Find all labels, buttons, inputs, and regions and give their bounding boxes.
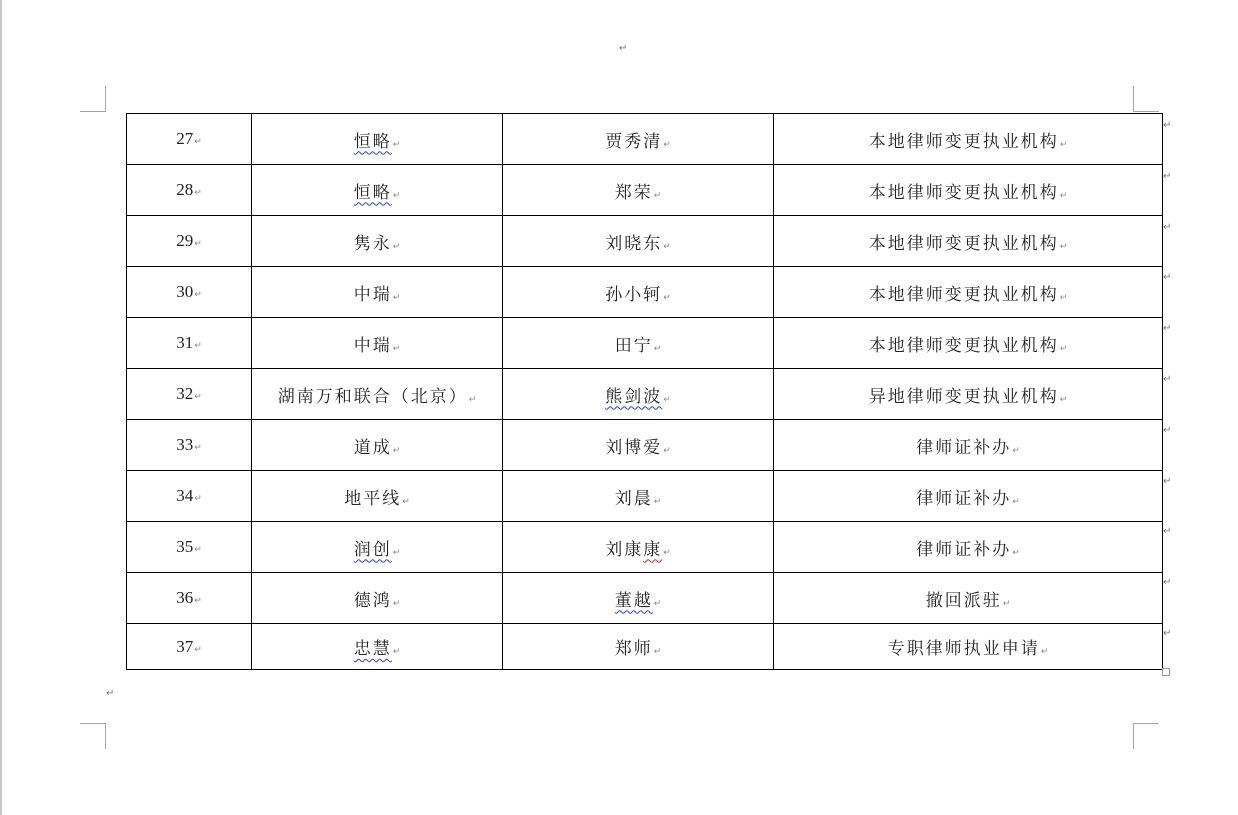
name-text: 郑荣 <box>615 183 653 203</box>
name-text: 田宁 <box>615 336 653 356</box>
num-text: 28 <box>176 180 193 199</box>
cell-end-mark-icon: ↵ <box>194 392 202 402</box>
row-end-mark-icon: ↵ <box>1163 272 1171 283</box>
cell-matter[interactable]: 本地律师变更执业机构↵ <box>774 216 1163 267</box>
cell-end-mark-icon: ↵ <box>663 548 671 558</box>
cell-end-mark-icon: ↵ <box>654 497 662 507</box>
table-resize-handle[interactable] <box>1162 668 1170 676</box>
cell-firm[interactable]: 地平线↵ <box>252 471 503 522</box>
cell-num[interactable]: 34↵ <box>127 471 252 522</box>
cell-end-mark-icon: ↵ <box>1060 395 1068 405</box>
cell-end-mark-icon: ↵ <box>1060 242 1068 252</box>
cell-end-mark-icon: ↵ <box>393 140 401 150</box>
table-row: 28↵恒略↵郑荣↵本地律师变更执业机构↵ <box>127 165 1163 216</box>
matter-text: 本地律师变更执业机构 <box>869 285 1059 305</box>
firm-text: 中瑞 <box>354 285 392 305</box>
paragraph-mark-icon: ↵ <box>106 689 114 699</box>
cell-end-mark-icon: ↵ <box>393 344 401 354</box>
cell-end-mark-icon: ↵ <box>654 344 662 354</box>
cell-firm[interactable]: 润创↵ <box>252 522 503 573</box>
cell-end-mark-icon: ↵ <box>393 293 401 303</box>
cell-firm[interactable]: 中瑞↵ <box>252 318 503 369</box>
table-row: 29↵隽永↵刘晓东↵本地律师变更执业机构↵ <box>127 216 1163 267</box>
name-text: 郑师 <box>615 639 653 659</box>
name-text: 贾秀清 <box>605 132 662 152</box>
margin-corner-top-right <box>1133 86 1159 112</box>
num-text: 35 <box>176 537 193 556</box>
matter-text: 本地律师变更执业机构 <box>869 132 1059 152</box>
cell-end-mark-icon: ↵ <box>393 446 401 456</box>
row-end-mark-icon: ↵ <box>1163 171 1171 182</box>
cell-firm[interactable]: 中瑞↵ <box>252 267 503 318</box>
cell-name[interactable]: 郑荣↵ <box>503 165 774 216</box>
cell-end-mark-icon: ↵ <box>663 140 671 150</box>
name-text: 董越 <box>615 591 653 611</box>
cell-matter[interactable]: 本地律师变更执业机构↵ <box>774 267 1163 318</box>
row-end-mark-icon: ↵ <box>1163 628 1171 639</box>
cell-end-mark-icon: ↵ <box>663 395 671 405</box>
cell-end-mark-icon: ↵ <box>1060 293 1068 303</box>
cell-num[interactable]: 37↵ <box>127 624 252 670</box>
cell-name[interactable]: 贾秀清↵ <box>503 114 774 165</box>
lawyer-change-table: 27↵恒略↵贾秀清↵本地律师变更执业机构↵28↵恒略↵郑荣↵本地律师变更执业机构… <box>126 113 1163 670</box>
table-row: 37↵忠慧↵郑师↵专职律师执业申请↵ <box>127 624 1163 670</box>
cell-name[interactable]: 董越↵ <box>503 573 774 624</box>
row-end-mark-icon: ↵ <box>1163 120 1171 131</box>
cell-name[interactable]: 刘康康↵ <box>503 522 774 573</box>
cell-name[interactable]: 刘晓东↵ <box>503 216 774 267</box>
table-row: 30↵中瑞↵孙小轲↵本地律师变更执业机构↵ <box>127 267 1163 318</box>
cell-matter[interactable]: 本地律师变更执业机构↵ <box>774 114 1163 165</box>
num-text: 36 <box>176 588 193 607</box>
firm-text: 恒略 <box>354 132 392 152</box>
cell-end-mark-icon: ↵ <box>194 545 202 555</box>
cell-matter[interactable]: 专职律师执业申请↵ <box>774 624 1163 670</box>
cell-end-mark-icon: ↵ <box>194 137 202 147</box>
cell-firm[interactable]: 恒略↵ <box>252 114 503 165</box>
cell-name[interactable]: 田宁↵ <box>503 318 774 369</box>
cell-name[interactable]: 熊剑波↵ <box>503 369 774 420</box>
row-end-mark-icon: ↵ <box>1163 374 1171 385</box>
firm-text: 润创 <box>354 540 392 560</box>
cell-end-mark-icon: ↵ <box>469 395 477 405</box>
cell-num[interactable]: 35↵ <box>127 522 252 573</box>
cell-end-mark-icon: ↵ <box>194 596 202 606</box>
table-row: 36↵德鸿↵董越↵撤回派驻↵ <box>127 573 1163 624</box>
num-text: 29 <box>176 231 193 250</box>
cell-num[interactable]: 31↵ <box>127 318 252 369</box>
cell-num[interactable]: 30↵ <box>127 267 252 318</box>
table-row: 34↵地平线↵刘晨↵律师证补办↵ <box>127 471 1163 522</box>
cell-num[interactable]: 29↵ <box>127 216 252 267</box>
firm-text: 地平线 <box>344 489 401 509</box>
name-text: 孙小轲 <box>605 285 662 305</box>
table-row: 32↵湖南万和联合（北京）↵熊剑波↵异地律师变更执业机构↵ <box>127 369 1163 420</box>
firm-text: 中瑞 <box>354 336 392 356</box>
cell-matter[interactable]: 律师证补办↵ <box>774 471 1163 522</box>
cell-end-mark-icon: ↵ <box>393 242 401 252</box>
cell-end-mark-icon: ↵ <box>393 191 401 201</box>
cell-end-mark-icon: ↵ <box>402 497 410 507</box>
cell-firm[interactable]: 湖南万和联合（北京）↵ <box>252 369 503 420</box>
cell-end-mark-icon: ↵ <box>194 443 202 453</box>
margin-corner-top-left <box>80 86 106 112</box>
matter-text: 本地律师变更执业机构 <box>869 234 1059 254</box>
matter-text: 本地律师变更执业机构 <box>869 183 1059 203</box>
cell-end-mark-icon: ↵ <box>1012 446 1020 456</box>
cell-name[interactable]: 刘博爱↵ <box>503 420 774 471</box>
cell-end-mark-icon: ↵ <box>1060 140 1068 150</box>
firm-text: 德鸿 <box>354 591 392 611</box>
cell-end-mark-icon: ↵ <box>194 290 202 300</box>
table-row: 27↵恒略↵贾秀清↵本地律师变更执业机构↵ <box>127 114 1163 165</box>
num-text: 34 <box>176 486 193 505</box>
matter-text: 律师证补办 <box>916 489 1011 509</box>
row-end-mark-icon: ↵ <box>1163 323 1171 334</box>
cell-end-mark-icon: ↵ <box>194 341 202 351</box>
firm-text: 忠慧 <box>354 639 392 659</box>
row-end-mark-icon: ↵ <box>1163 222 1171 233</box>
firm-text: 隽永 <box>354 234 392 254</box>
num-text: 31 <box>176 333 193 352</box>
matter-text: 专职律师执业申请 <box>888 639 1040 659</box>
name-text: 刘晨 <box>615 489 653 509</box>
cell-matter[interactable]: 律师证补办↵ <box>774 522 1163 573</box>
cell-end-mark-icon: ↵ <box>1012 548 1020 558</box>
firm-text: 湖南万和联合（北京） <box>278 387 468 407</box>
matter-text: 异地律师变更执业机构 <box>869 387 1059 407</box>
cell-firm[interactable]: 忠慧↵ <box>252 624 503 670</box>
num-text: 37 <box>176 637 193 656</box>
cell-num[interactable]: 27↵ <box>127 114 252 165</box>
cell-matter[interactable]: 律师证补办↵ <box>774 420 1163 471</box>
cell-matter[interactable]: 异地律师变更执业机构↵ <box>774 369 1163 420</box>
row-end-mark-icon: ↵ <box>1163 476 1171 487</box>
cell-end-mark-icon: ↵ <box>393 647 401 657</box>
row-end-mark-icon: ↵ <box>1163 526 1171 537</box>
cell-matter[interactable]: 本地律师变更执业机构↵ <box>774 165 1163 216</box>
cell-firm[interactable]: 隽永↵ <box>252 216 503 267</box>
cell-firm[interactable]: 恒略↵ <box>252 165 503 216</box>
cell-firm[interactable]: 道成↵ <box>252 420 503 471</box>
cell-end-mark-icon: ↵ <box>654 191 662 201</box>
cell-name[interactable]: 郑师↵ <box>503 624 774 670</box>
cell-end-mark-icon: ↵ <box>194 239 202 249</box>
num-text: 32 <box>176 384 193 403</box>
table-row: 35↵润创↵刘康康↵律师证补办↵ <box>127 522 1163 573</box>
cell-num[interactable]: 32↵ <box>127 369 252 420</box>
name-text: 刘康康 <box>605 540 662 560</box>
cell-end-mark-icon: ↵ <box>663 446 671 456</box>
cell-end-mark-icon: ↵ <box>1012 497 1020 507</box>
cell-matter[interactable]: 本地律师变更执业机构↵ <box>774 318 1163 369</box>
matter-text: 律师证补办 <box>916 540 1011 560</box>
cell-end-mark-icon: ↵ <box>1041 647 1049 657</box>
cell-end-mark-icon: ↵ <box>654 599 662 609</box>
margin-corner-bottom-left <box>80 723 106 749</box>
cell-name[interactable]: 孙小轲↵ <box>503 267 774 318</box>
cell-name[interactable]: 刘晨↵ <box>503 471 774 522</box>
cell-end-mark-icon: ↵ <box>194 494 202 504</box>
cell-end-mark-icon: ↵ <box>663 293 671 303</box>
row-end-mark-icon: ↵ <box>1163 425 1171 436</box>
num-text: 27 <box>176 129 193 148</box>
name-text: 刘博爱 <box>605 438 662 458</box>
name-text: 刘晓东 <box>605 234 662 254</box>
cell-end-mark-icon: ↵ <box>1060 191 1068 201</box>
cell-num[interactable]: 33↵ <box>127 420 252 471</box>
cell-end-mark-icon: ↵ <box>393 599 401 609</box>
cell-end-mark-icon: ↵ <box>654 647 662 657</box>
margin-corner-bottom-right <box>1133 723 1159 749</box>
cell-firm[interactable]: 德鸿↵ <box>252 573 503 624</box>
table-row: 31↵中瑞↵田宁↵本地律师变更执业机构↵ <box>127 318 1163 369</box>
cell-num[interactable]: 36↵ <box>127 573 252 624</box>
cell-end-mark-icon: ↵ <box>1003 599 1011 609</box>
table-row: 33↵道成↵刘博爱↵律师证补办↵ <box>127 420 1163 471</box>
page-left-edge <box>0 0 2 815</box>
cell-end-mark-icon: ↵ <box>1060 344 1068 354</box>
cell-matter[interactable]: 撤回派驻↵ <box>774 573 1163 624</box>
cell-end-mark-icon: ↵ <box>194 188 202 198</box>
firm-text: 道成 <box>354 438 392 458</box>
firm-text: 恒略 <box>354 183 392 203</box>
cell-num[interactable]: 28↵ <box>127 165 252 216</box>
cell-end-mark-icon: ↵ <box>393 548 401 558</box>
matter-text: 律师证补办 <box>916 438 1011 458</box>
cell-end-mark-icon: ↵ <box>194 645 202 655</box>
name-text: 熊剑波 <box>605 387 662 407</box>
matter-text: 本地律师变更执业机构 <box>869 336 1059 356</box>
row-end-mark-icon: ↵ <box>1163 577 1171 588</box>
num-text: 30 <box>176 282 193 301</box>
matter-text: 撤回派驻 <box>926 591 1002 611</box>
cell-end-mark-icon: ↵ <box>663 242 671 252</box>
num-text: 33 <box>176 435 193 454</box>
paragraph-mark-icon: ↵ <box>619 44 627 54</box>
